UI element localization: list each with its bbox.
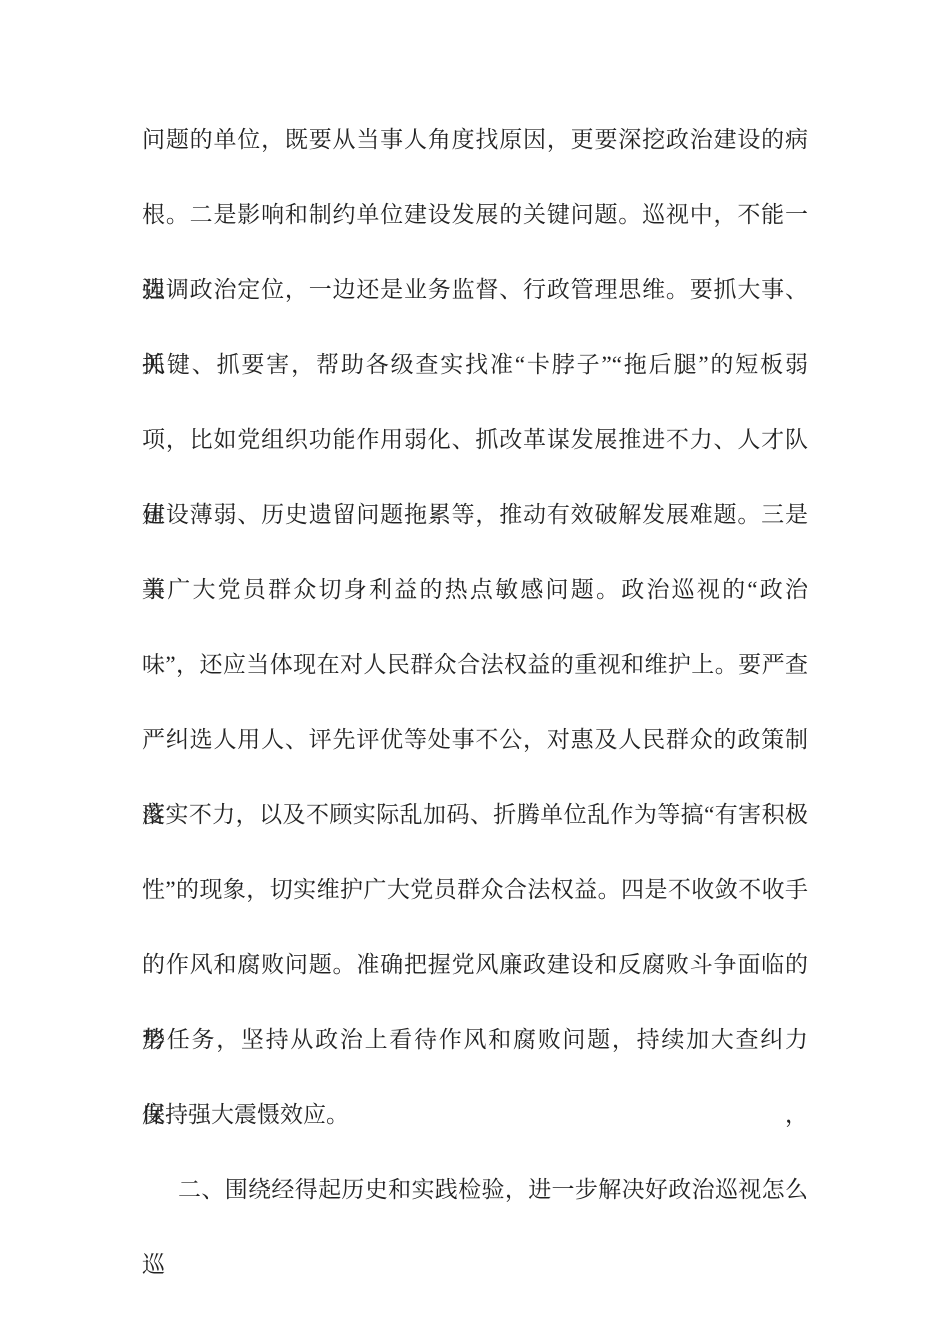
text-line: 建设薄弱、历史遗留问题拖累等，推动有效破解发展难题。三是事 xyxy=(142,477,808,552)
text-line: 的作风和腐败问题。准确把握党风廉政建设和反腐败斗争面临的形 xyxy=(142,927,808,1002)
document-body: 问题的单位，既要从当事人角度找原因，更要深挖政治建设的病根。二是影响和制约单位建… xyxy=(142,102,808,1227)
text-line: 项，比如党组织功能作用弱化、抓改革谋发展推进不力、人才队伍 xyxy=(142,402,808,477)
text-line: 落实不力，以及不顾实际乱加码、折腾单位乱作为等搞“有害积极 xyxy=(142,777,808,852)
text-line: 二、围绕经得起历史和实践检验，进一步解决好政治巡视怎么巡 xyxy=(142,1152,808,1227)
text-line: 性”的现象，切实维护广大党员群众合法权益。四是不收敛不收手 xyxy=(142,852,808,927)
text-line: 味”，还应当体现在对人民群众合法权益的重视和维护上。要严查 xyxy=(142,627,808,702)
text-line: 关键、抓要害，帮助各级查实找准“卡脖子”“拖后腿”的短板弱 xyxy=(142,327,808,402)
text-line: 强调政治定位，一边还是业务监督、行政管理思维。要抓大事、抓 xyxy=(142,252,808,327)
text-line: 势任务，坚持从政治上看待作风和腐败问题，持续加大查纠力度， xyxy=(142,1002,808,1077)
text-line: 关广大党员群众切身利益的热点敏感问题。政治巡视的“政治 xyxy=(142,552,808,627)
text-line: 严纠选人用人、评先评优等处事不公，对惠及人民群众的政策制度 xyxy=(142,702,808,777)
text-line: 问题的单位，既要从当事人角度找原因，更要深挖政治建设的病 xyxy=(142,102,808,177)
document-page: 问题的单位，既要从当事人角度找原因，更要深挖政治建设的病根。二是影响和制约单位建… xyxy=(0,0,950,1344)
text-line: 根。二是影响和制约单位建设发展的关键问题。巡视中，不能一边 xyxy=(142,177,808,252)
